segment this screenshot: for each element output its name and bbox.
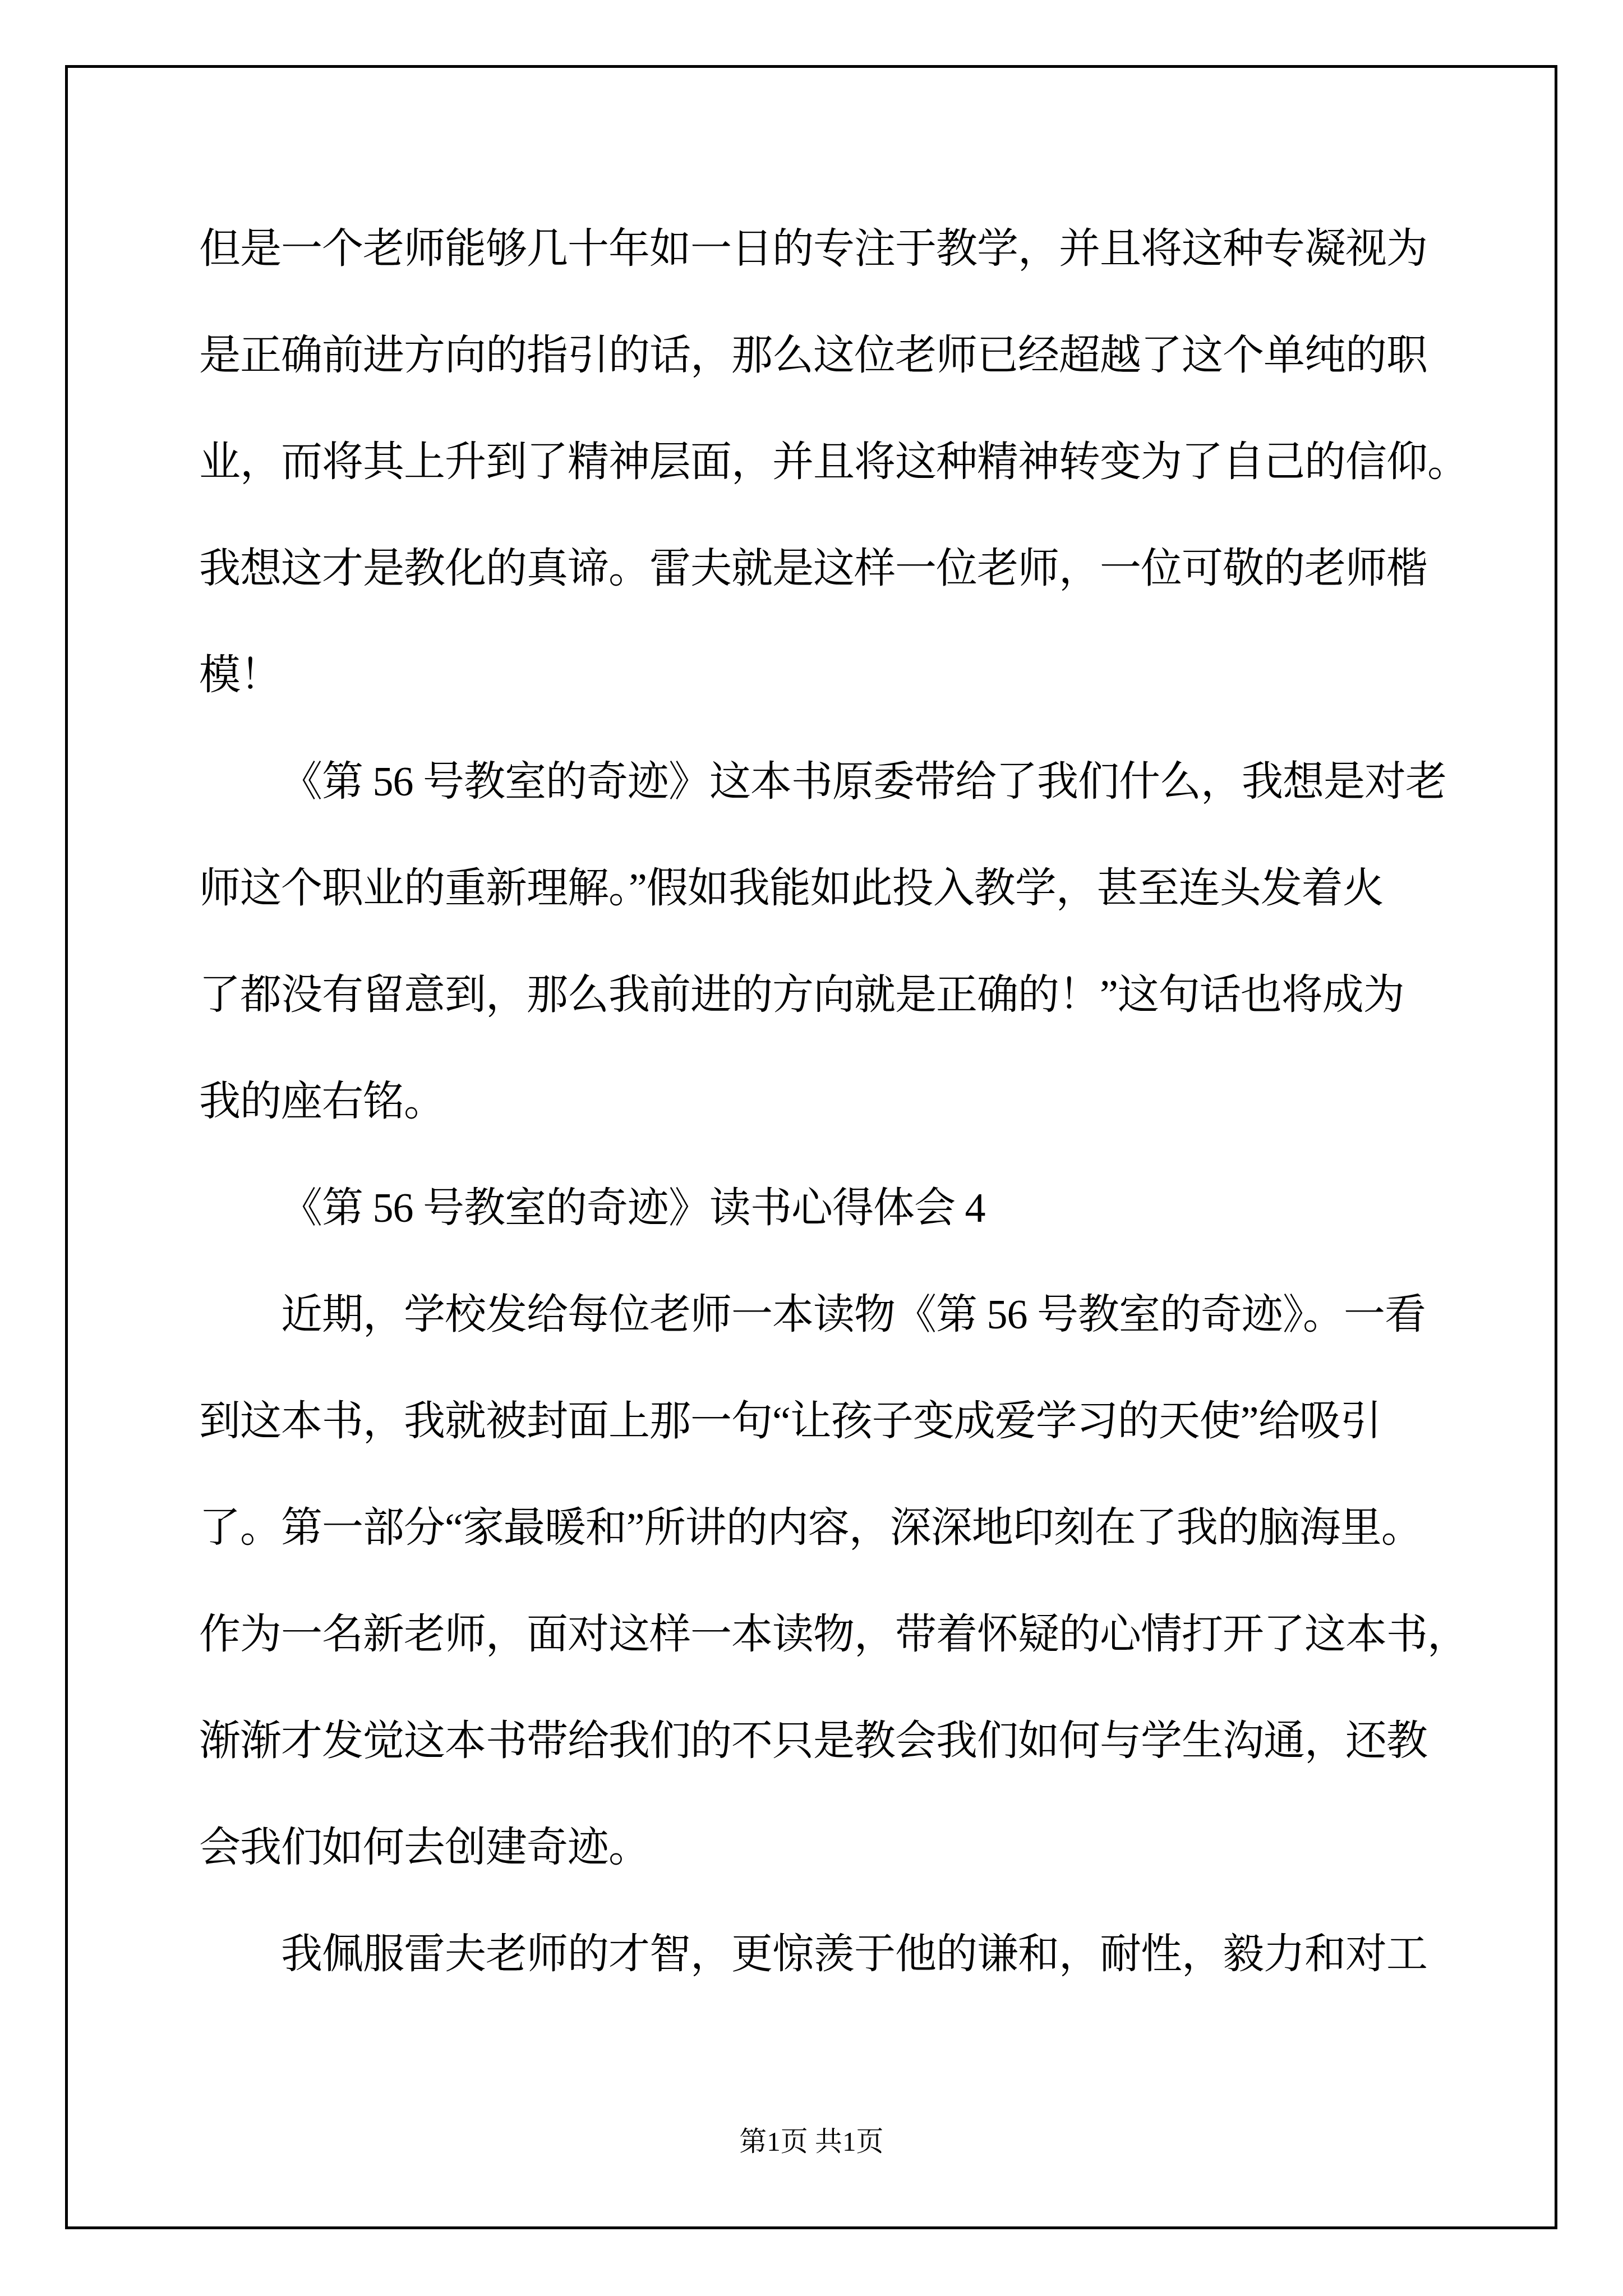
text-line: 我想这才是教化的真谛。雷夫就是这样一位老师，一位可敬的老师楷 <box>199 542 1427 596</box>
text-line: 但是一个老师能够几十年如一日的专注于教学，并且将这种专凝视为 <box>199 223 1427 276</box>
text-line: 《第 56 号教室的奇迹》这本书原委带给了我们什么，我想是对老 <box>281 756 1446 809</box>
text-line: 是正确前进方向的指引的话，那么这位老师已经超越了这个单纯的职 <box>199 329 1427 383</box>
text-line: 渐渐才发觉这本书带给我们的不只是教会我们如何与学生沟通，还教 <box>199 1715 1427 1768</box>
text-line: 了都没有留意到，那么我前进的方向就是正确的！”这句话也将成为 <box>199 969 1404 1022</box>
text-line: 近期，学校发给每位老师一本读物《第 56 号教室的奇迹》。一看 <box>281 1289 1426 1342</box>
text-line: 业，而将其上升到了精神层面，并且将这种精神转变为了自己的信仰。 <box>199 436 1468 489</box>
page-footer: 第1页 共1页 <box>0 2125 1623 2159</box>
text-line: 作为一名新老师，面对这样一本读物，带着怀疑的心情打开了这本书， <box>199 1608 1468 1662</box>
text-line: 模！ <box>199 649 281 702</box>
text-line: 到这本书，我就被封面上那一句“让孩子变成爱学习的天使”给吸引 <box>199 1395 1381 1448</box>
text-line: 我佩服雷夫老师的才智，更惊羡于他的谦和，耐性，毅力和对工 <box>281 1928 1427 1981</box>
text-line: 《第 56 号教室的奇迹》读书心得体会 4 <box>281 1182 985 1235</box>
text-line: 师这个职业的重新理解。”假如我能如此投入教学，甚至连头发着火 <box>199 862 1384 915</box>
document-body: 但是一个老师能够几十年如一日的专注于教学，并且将这种专凝视为是正确前进方向的指引… <box>0 0 1623 2296</box>
text-line: 了。第一部分“家最暖和”所讲的内容，深深地印刻在了我的脑海里。 <box>199 1502 1422 1555</box>
text-line: 我的座右铭。 <box>199 1075 445 1129</box>
text-line: 会我们如何去创建奇迹。 <box>199 1821 649 1875</box>
